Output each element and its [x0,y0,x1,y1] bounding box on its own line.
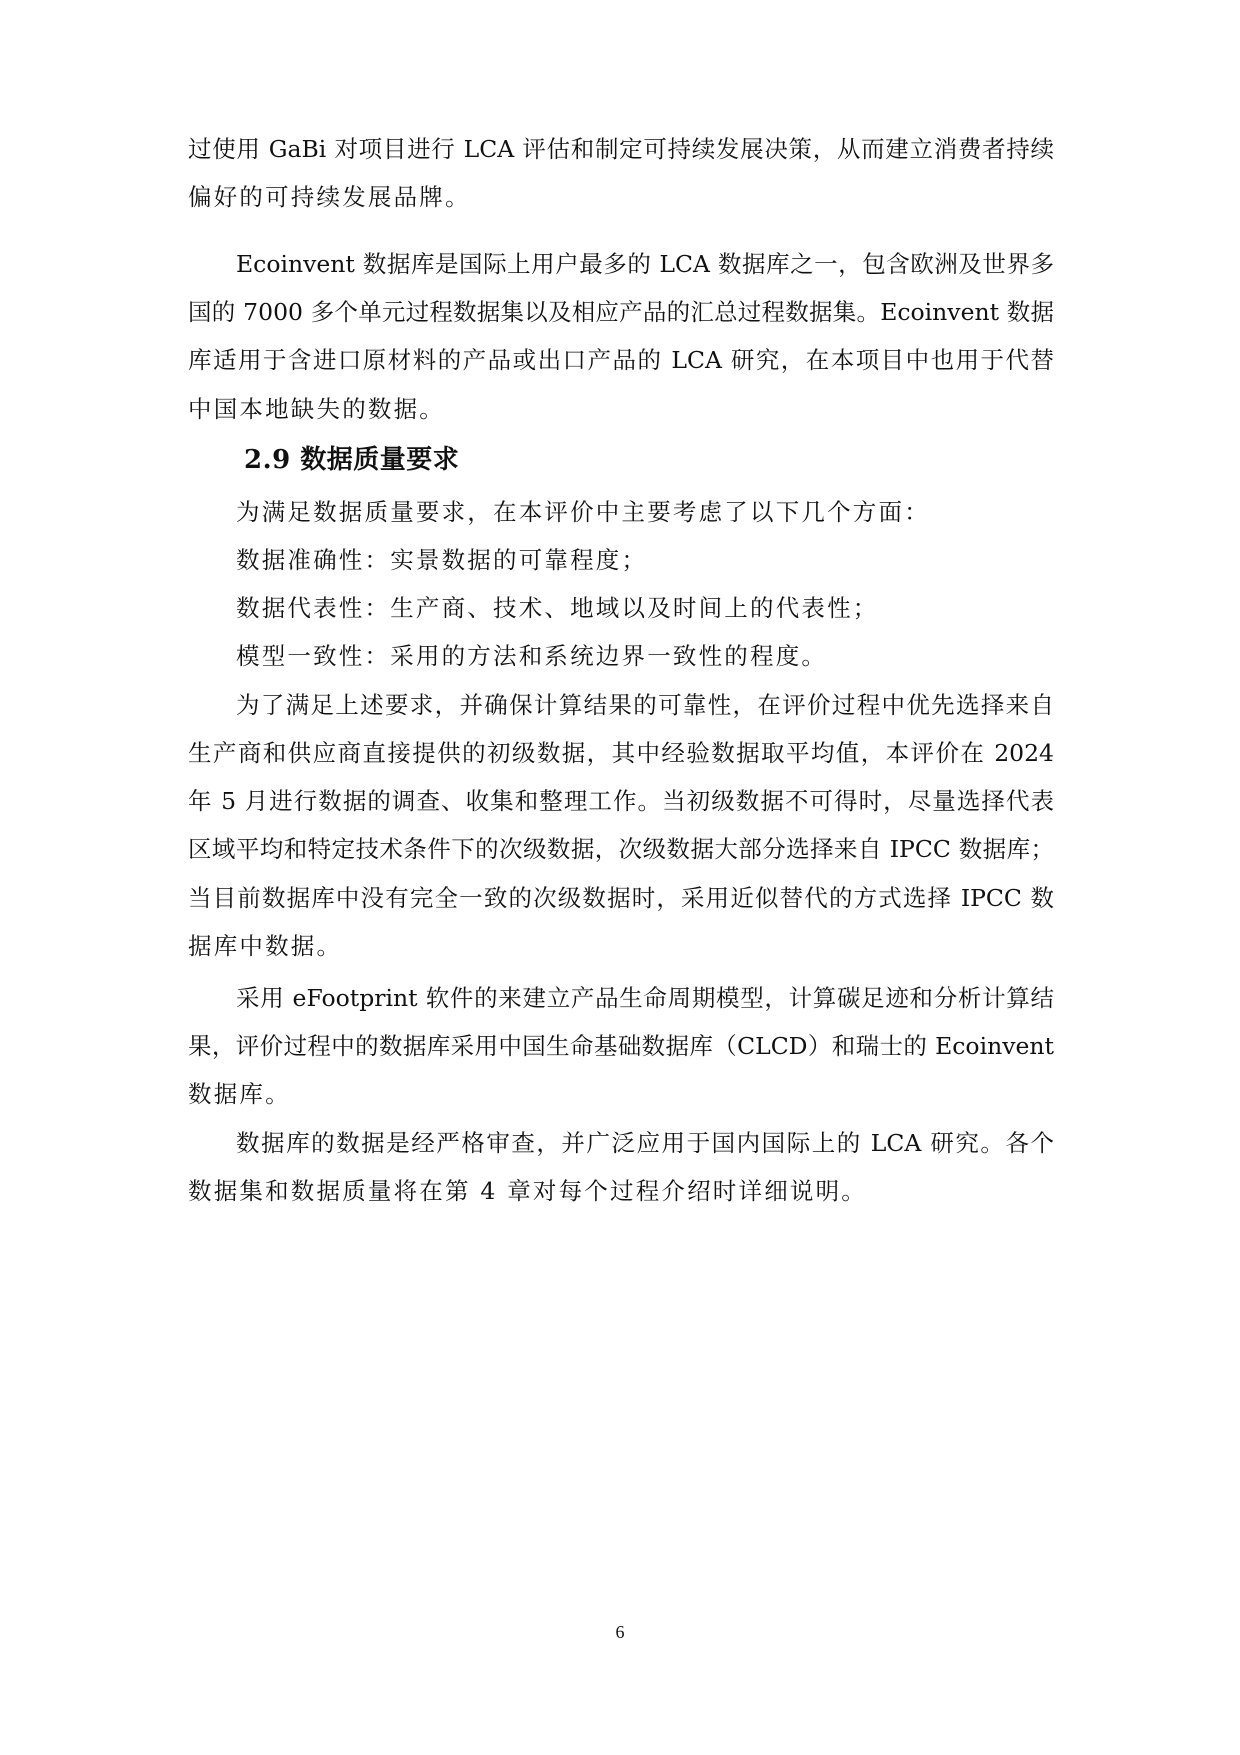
criterion-accuracy: 数据准确性：实景数据的可靠程度； [236,545,1054,575]
document-page: 过使用 GaBi 对项目进行 LCA 评估和制定可持续发展决策，从而建立消费者持… [0,0,1240,1755]
section-heading: 2.9 数据质量要求 [244,443,459,477]
page-number: 6 [0,1622,1240,1643]
paragraph-line: 库适用于含进口原材料的产品或出口产品的 LCA 研究，在本项目中也用于代替 [188,345,1054,375]
paragraph-line: 生产商和供应商直接提供的初级数据，其中经验数据取平均值，本评价在 2024 [188,738,1054,768]
paragraph-line: 年 5 月进行数据的调查、收集和整理工作。当初级数据不可得时，尽量选择代表 [188,786,1054,816]
paragraph-line: Ecoinvent 数据库是国际上用户最多的 LCA 数据库之一，包含欧洲及世界… [236,249,1054,279]
paragraph-line: 国的 7000 多个单元过程数据集以及相应产品的汇总过程数据集。Ecoinven… [188,297,1054,327]
paragraph-line: 数据集和数据质量将在第 4 章对每个过程介绍时详细说明。 [188,1176,1054,1206]
paragraph-line: 数据库的数据是经严格审查，并广泛应用于国内国际上的 LCA 研究。各个 [236,1128,1054,1158]
paragraph-line: 采用 eFootprint 软件的来建立产品生命周期模型，计算碳足迹和分析计算结 [236,983,1054,1013]
paragraph-line: 中国本地缺失的数据。 [188,394,1054,424]
paragraph-line: 数据库。 [188,1079,1054,1109]
criterion-representativeness: 数据代表性：生产商、技术、地域以及时间上的代表性； [236,593,1054,623]
paragraph-line: 果，评价过程中的数据库采用中国生命基础数据库（CLCD）和瑞士的 Ecoinve… [188,1031,1054,1061]
paragraph-line: 区域平均和特定技术条件下的次级数据，次级数据大部分选择来自 IPCC 数据库； [188,834,1054,864]
paragraph-line: 据库中数据。 [188,931,1054,961]
paragraph-line: 为了满足上述要求，并确保计算结果的可靠性，在评价过程中优先选择来自 [236,690,1054,720]
criterion-consistency: 模型一致性：采用的方法和系统边界一致性的程度。 [236,641,1054,671]
paragraph-line: 过使用 GaBi 对项目进行 LCA 评估和制定可持续发展决策，从而建立消费者持… [188,134,1054,164]
section-intro: 为满足数据质量要求，在本评价中主要考虑了以下几个方面： [236,497,1054,527]
paragraph-line: 当目前数据库中没有完全一致的次级数据时，采用近似替代的方式选择 IPCC 数 [188,883,1054,913]
paragraph-line: 偏好的可持续发展品牌。 [188,182,1054,212]
